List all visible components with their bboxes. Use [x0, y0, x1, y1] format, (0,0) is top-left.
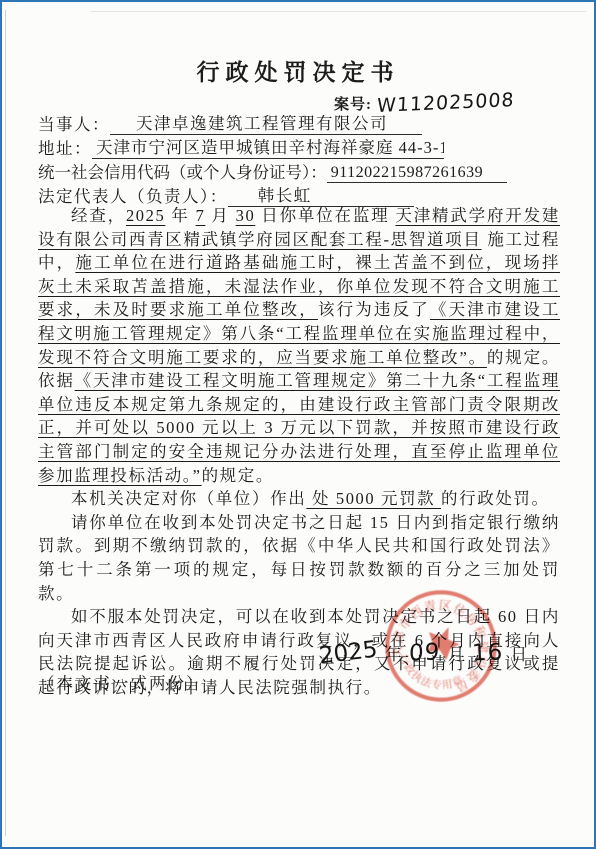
- seal-star-icon: [422, 621, 464, 662]
- text-segment: 本机关决定对你（单位）作出: [71, 489, 306, 508]
- text-segment: 《天津市建设工程文明施工管理规定》第二十九条“工程监理单位违反本规定第九条规定的…: [38, 371, 560, 484]
- field-address-value: 天津市宁河区造甲城镇田辛村海祥豪庭 44-3-101: [92, 134, 444, 159]
- text-segment: 的行政处罚。: [441, 489, 550, 508]
- scan-page-edge-top: [90, 11, 586, 12]
- party-info-fields: 当事人： 天津卓逸建筑工程管理有限公司 地址： 天津市宁河区造甲城镇田辛村海祥豪…: [38, 111, 560, 207]
- copies-note: （本文书一式两份）: [38, 670, 205, 694]
- text-segment: 7: [196, 206, 206, 225]
- scan-page-edge-left: [5, 10, 6, 836]
- text-segment: 的规定。: [202, 466, 274, 485]
- field-party-label: 当事人：: [38, 111, 110, 135]
- official-red-seal: 天津市西青区住房和建设委员会 行政执法专用章: [365, 570, 517, 722]
- field-credit-code-value: 911202215987261639: [327, 164, 507, 183]
- seal-bottom-text: 行政执法专用章: [389, 648, 469, 702]
- text-segment: 2025: [126, 206, 165, 225]
- field-credit-code: 统一社会信用代码（或个人身份证号）： 911202215987261639: [38, 159, 560, 183]
- text-segment: 日你单位在监理: [255, 206, 395, 225]
- document-title: 行政处罚决定书: [0, 54, 596, 87]
- field-address: 地址： 天津市宁河区造甲城镇田辛村海祥豪庭 44-3-101: [38, 135, 560, 159]
- field-credit-code-label: 统一社会信用代码（或个人身份证号）：: [38, 159, 327, 183]
- text-segment: 处 5000 元罚款: [306, 489, 441, 508]
- text-segment: 该行为违反了: [318, 300, 430, 319]
- field-address-label: 地址：: [38, 135, 92, 159]
- text-segment: 经查，: [71, 206, 126, 225]
- text-segment: 30: [236, 206, 256, 225]
- paragraph-decision: 本机关决定对你（单位）作出 处 5000 元罚款 的行政处罚。: [38, 487, 560, 511]
- text-segment: 年: [165, 206, 195, 225]
- paragraph-findings: 经查，2025 年 7 月 30 日你单位在监理 天津精武学府开发建设有限公司西…: [38, 204, 560, 487]
- field-party-value: 天津卓逸建筑工程管理有限公司: [110, 110, 422, 135]
- text-segment: 月: [205, 206, 235, 225]
- field-party: 当事人： 天津卓逸建筑工程管理有限公司: [38, 111, 560, 135]
